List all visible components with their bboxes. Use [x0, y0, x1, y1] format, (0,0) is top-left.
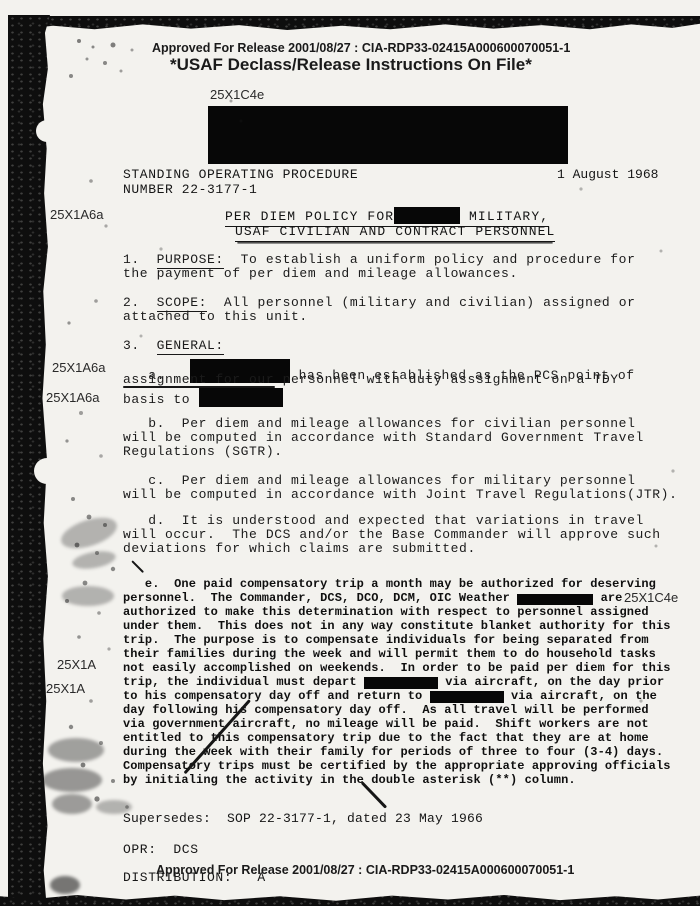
distribution-line: DISTRIBUTION: A: [123, 871, 266, 885]
text-run: deviations for which claims are submitte…: [123, 541, 476, 556]
text-run: All personnel (military and civilian) as…: [207, 295, 635, 310]
scan-noise-specks: [0, 0, 2, 2]
film-edge-bottom: [0, 893, 700, 906]
margin-label: 25X1A6a: [46, 390, 100, 405]
text-run: via aircraft, on the: [504, 689, 657, 703]
smudge: [48, 738, 104, 762]
document-page: Approved For Release 2001/08/27 : CIA-RD…: [0, 0, 700, 906]
redaction-box: [199, 388, 283, 407]
text-run: 25X1A6a: [52, 360, 106, 375]
text-run: not easily accomplished on weekends. In …: [123, 661, 671, 675]
text-line: deviations for which claims are submitte…: [123, 542, 476, 556]
redaction-box: [394, 207, 460, 224]
margin-label: 25X1A6a: [52, 360, 106, 375]
text-run: 25X1A: [46, 681, 85, 696]
text-run: assignment for our personnel with duty a…: [123, 372, 619, 387]
text-run: are: [593, 591, 622, 605]
margin-label: 25X1A: [46, 681, 85, 696]
text-run: b. Per diem and mileage allowances for c…: [123, 416, 635, 431]
text-line: Compensatory trips must be certified by …: [123, 760, 671, 773]
margin-label: 25X1C4e: [210, 87, 264, 102]
text-run: trip, the individual must depart: [123, 675, 364, 689]
text-run: the payment of per diem and mileage allo…: [123, 266, 518, 281]
header-approval-line: Approved For Release 2001/08/27 : CIA-RD…: [152, 41, 570, 55]
text-line: 1. PURPOSE: To establish a uniform polic…: [123, 253, 636, 267]
text-run: will be computed in accordance with Join…: [123, 487, 677, 502]
text-run: by initialing the activity in the double…: [123, 773, 576, 787]
text-run: personnel. The Commander, DCS, DCO, DCM,…: [123, 591, 517, 605]
text-line: by initialing the activity in the double…: [123, 774, 576, 787]
text-line: via government aircraft, no mileage will…: [123, 718, 649, 731]
text-run: basis to: [123, 392, 199, 407]
text-run: authorized to make this determination wi…: [123, 605, 649, 619]
text-run: via government aircraft, no mileage will…: [123, 717, 649, 731]
text-run: 25X1C4e: [210, 87, 264, 102]
smudge: [62, 586, 114, 606]
text-line: e. One paid compensatory trip a month ma…: [123, 578, 656, 591]
smudge: [57, 512, 120, 555]
text-run: PER DIEM POLICY FOR: [225, 209, 394, 224]
pen-slash-mark: [131, 560, 143, 572]
text-line: not easily accomplished on weekends. In …: [123, 662, 671, 675]
text-run: 1.: [123, 252, 157, 267]
doc-heading-sop: STANDING OPERATING PROCEDURE: [123, 168, 358, 182]
text-run: 2.: [123, 295, 157, 310]
doc-title-line: USAF CIVILIAN AND CONTRACT PERSONNEL: [235, 224, 555, 242]
text-line: day following his compensatory day off. …: [123, 704, 649, 717]
text-run: their families during the week and will …: [123, 647, 656, 661]
text-run: 25X1C4e: [624, 590, 678, 605]
text-line: 2. SCOPE: All personnel (military and ci…: [123, 296, 636, 310]
doc-number: NUMBER 22-3177-1: [123, 183, 257, 197]
film-edge-top: [12, 16, 700, 30]
margin-label: 25X1A: [57, 657, 96, 672]
smudge: [50, 876, 80, 894]
punch-notch: [34, 458, 60, 484]
punch-notch: [36, 120, 58, 142]
text-line: Regulations (SGTR).: [123, 445, 283, 459]
text-line: c. Per diem and mileage allowances for m…: [123, 474, 635, 488]
supersedes-line: Supersedes: SOP 22-3177-1, dated 23 May …: [123, 812, 483, 826]
margin-label: 25X1C4e: [624, 590, 678, 605]
text-line: personnel. The Commander, DCS, DCO, DCM,…: [123, 592, 622, 605]
text-line: will occur. The DCS and/or the Base Comm…: [123, 528, 661, 542]
text-run: c. Per diem and mileage allowances for m…: [123, 473, 635, 488]
text-run: MILITARY,: [460, 209, 549, 224]
text-run: 25X1A6a: [46, 390, 100, 405]
text-line: 3. GENERAL:: [123, 339, 224, 353]
text-line: authorized to make this determination wi…: [123, 606, 649, 619]
redaction-box: [517, 594, 593, 605]
margin-label: 25X1A6a: [50, 207, 104, 222]
text-line: d. It is understood and expected that va…: [123, 514, 644, 528]
text-line: to his compensatory day off and return t…: [123, 690, 657, 703]
text-run: under them. This does not in any way con…: [123, 619, 671, 633]
text-run: attached to this unit.: [123, 309, 308, 324]
text-line: attached to this unit.: [123, 310, 308, 324]
redaction-box: [208, 106, 568, 164]
text-line: their families during the week and will …: [123, 648, 656, 661]
text-run: day following his compensatory day off. …: [123, 703, 649, 717]
text-run: to his compensatory day off and return t…: [123, 689, 430, 703]
text-run: To establish a uniform policy and proced…: [224, 252, 636, 267]
text-run: Compensatory trips must be certified by …: [123, 759, 671, 773]
smudge: [96, 800, 132, 814]
text-line: trip, the individual must depart via air…: [123, 676, 664, 689]
text-run: will be computed in accordance with Stan…: [123, 430, 644, 445]
text-run: entitled to this compensatory trip due t…: [123, 731, 649, 745]
text-line: will be computed in accordance with Join…: [123, 488, 677, 502]
text-line: trip. The purpose is to compensate indiv…: [123, 634, 649, 647]
doc-date: 1 August 1968: [557, 168, 658, 182]
text-run: e. One paid compensatory trip a month ma…: [123, 577, 656, 591]
smudge: [52, 794, 92, 814]
text-line: the payment of per diem and mileage allo…: [123, 267, 518, 281]
text-run: USAF CIVILIAN AND CONTRACT PERSONNEL: [235, 224, 555, 239]
text-run: trip. The purpose is to compensate indiv…: [123, 633, 649, 647]
text-run: 3.: [123, 338, 157, 353]
smudge: [42, 768, 102, 792]
text-run: will occur. The DCS and/or the Base Comm…: [123, 527, 661, 542]
text-run: GENERAL:: [157, 338, 224, 355]
declass-instruction-line: *USAF Declass/Release Instructions On Fi…: [170, 55, 532, 75]
text-run: 25X1A6a: [50, 207, 104, 222]
text-run: via aircraft, on the day prior: [438, 675, 664, 689]
text-line: b. Per diem and mileage allowances for c…: [123, 417, 635, 431]
text-line: will be computed in accordance with Stan…: [123, 431, 644, 445]
text-line: basis to: [123, 388, 283, 407]
text-run: 25X1A: [57, 657, 96, 672]
smudge: [71, 548, 117, 571]
redaction-box: [364, 677, 438, 689]
text-line: under them. This does not in any way con…: [123, 620, 671, 633]
text-line: entitled to this compensatory trip due t…: [123, 732, 649, 745]
underline-mark: [123, 386, 275, 388]
opr-line: OPR: DCS: [123, 843, 199, 857]
redaction-box: [430, 691, 504, 703]
text-run: d. It is understood and expected that va…: [123, 513, 644, 528]
text-run: Regulations (SGTR).: [123, 444, 283, 459]
text-line: assignment for our personnel with duty a…: [123, 373, 619, 387]
